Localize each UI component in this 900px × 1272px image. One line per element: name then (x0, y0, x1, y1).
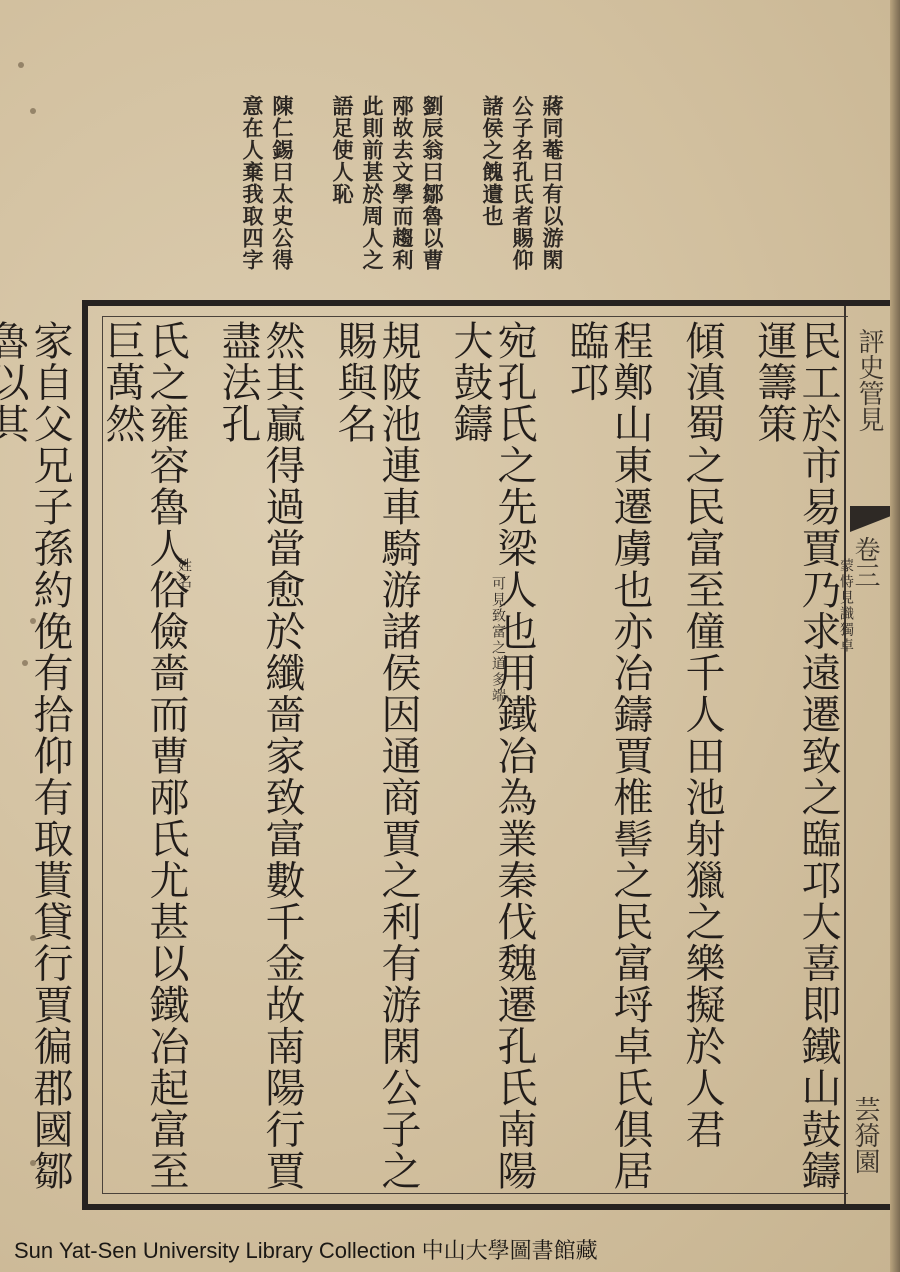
commentary-line: 陳仁錫曰太史公得 (269, 95, 295, 305)
commentary-line: 劉辰翁曰鄒魯以曹 (419, 95, 445, 305)
commentary-liu: 劉辰翁曰鄒魯以曹 邴故去文學而趨利 此則前甚於周人之 語足使人恥 (329, 95, 445, 305)
margin-book-title: 評史管見 (854, 328, 884, 432)
commentary-line: 意在人棄我取四字 (239, 95, 265, 305)
text-column: 宛孔氏之先梁人也用鐵冶為業秦伐魏遷孔氏南陽大鼓鑄 (448, 320, 536, 1200)
top-commentary: 蔣同菴曰有以游閑 公子名孔氏者賜仰 諸侯之餽遺也 劉辰翁曰鄒魯以曹 邴故去文學而… (239, 95, 565, 305)
text-column: 程鄭山東遷虜也亦冶鑄賈椎髻之民富埒卓氏俱居臨邛 (564, 320, 652, 1200)
commentary-line: 蔣同菴曰有以游閑 (539, 95, 565, 305)
book-gutter-shadow (890, 0, 900, 1272)
margin-studio-name: 芸猗園 (847, 1096, 884, 1174)
commentary-line: 諸侯之餽遺也 (479, 95, 505, 305)
text-column: 民工於市易賈乃求遠遷致之臨邛大喜即鐵山鼓鑄運籌策 (752, 320, 840, 1200)
text-column: 傾滇蜀之民富至僮千人田池射獵之樂擬於人君 (680, 320, 724, 1200)
commentary-line: 邴故去文學而趨利 (389, 95, 415, 305)
text-column: 規陂池連車騎游諸侯因通商賈之利有游閑公子之賜與名 (332, 320, 420, 1200)
commentary-line: 語足使人恥 (329, 95, 355, 305)
interlinear-note: 姓名 (174, 558, 194, 590)
text-column: 氏之雍容魯人俗儉嗇而曹邴氏尤甚以鐵冶起富至巨萬然 (100, 320, 188, 1200)
commentary-chen: 陳仁錫曰太史公得 意在人棄我取四字 (239, 95, 295, 305)
fishtail-mark-icon (850, 506, 890, 532)
commentary-line: 此則前甚於周人之 (359, 95, 385, 305)
commentary-jiang: 蔣同菴曰有以游閑 公子名孔氏者賜仰 諸侯之餽遺也 (479, 95, 565, 305)
center-margin-banxin: 評史管見 卷三 芸猗園 (844, 306, 890, 1204)
page-frame: 評史管見 卷三 芸猗園 民工於市易賈乃求遠遷致之臨邛大喜即鐵山鼓鑄運籌策 傾滇蜀… (82, 300, 890, 1210)
main-text-body: 民工於市易賈乃求遠遷致之臨邛大喜即鐵山鼓鑄運籌策 傾滇蜀之民富至僮千人田池射獵之… (0, 320, 840, 1200)
text-column: 然其贏得過當愈於纖嗇家致富數千金故南陽行賈盡法孔 (216, 320, 304, 1200)
text-column: 家自父兄子孫約俛有拾仰有取貰貸行賈徧郡國鄒魯以其 (0, 320, 72, 1200)
commentary-line: 公子名孔氏者賜仰 (509, 95, 535, 305)
collection-credit: Sun Yat-Sen University Library Collectio… (0, 1234, 900, 1272)
interlinear-note: 蒙恃見識獨卓 (836, 558, 856, 654)
interlinear-note: 可見致富之道多端 (488, 576, 508, 704)
